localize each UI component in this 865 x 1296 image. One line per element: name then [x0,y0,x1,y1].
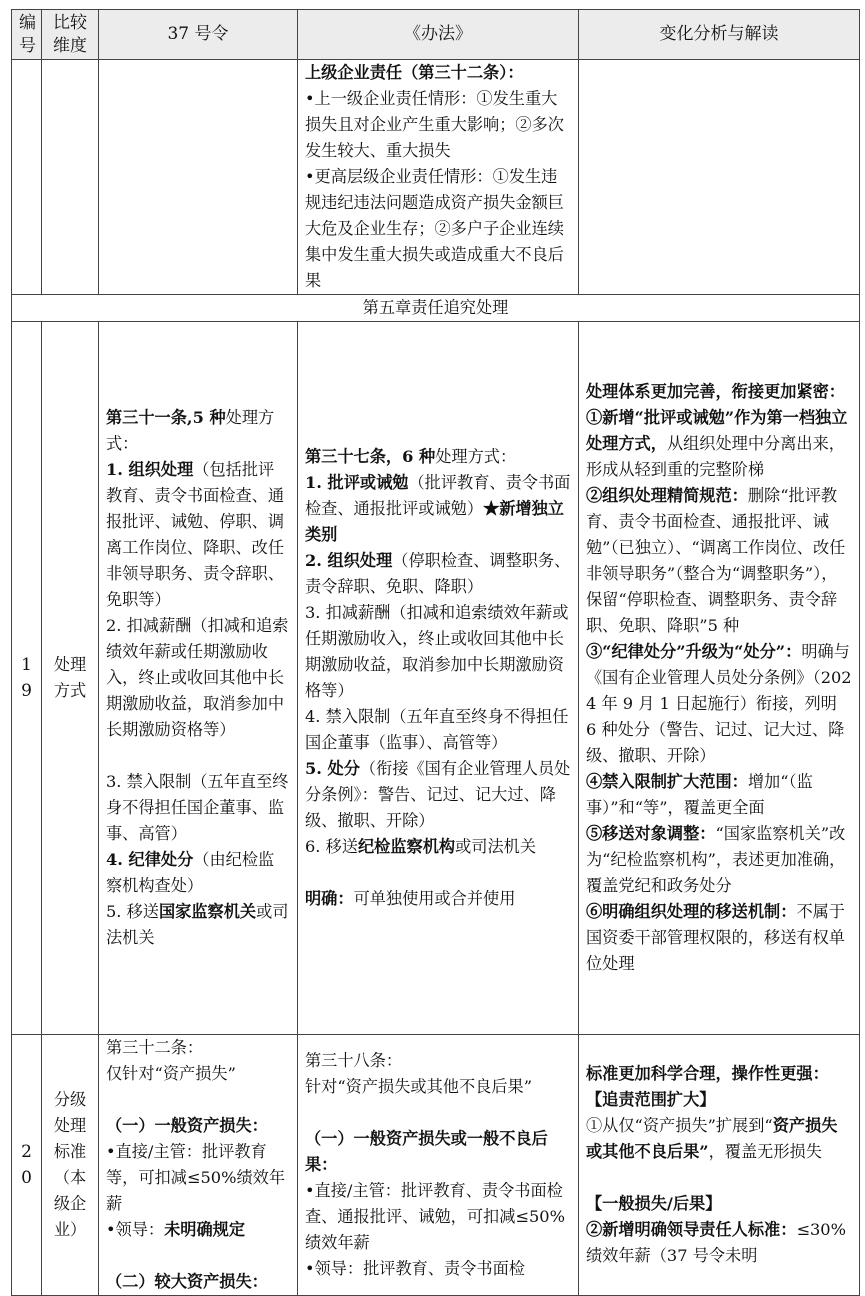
item-emphasis: 国家监察机关 [159,902,256,921]
order37-item-5: 5. 移送国家监察机关或司法机关 [106,899,290,951]
chapter-title: 第五章责任追究处理 [12,295,860,322]
analysis-point-3: ③“纪律处分”升级为“处分”：明确与《国有企业管理人员处分条例》（2024 年 … [586,639,852,769]
order37-bullet-direct: •直接/主管：批评教育等，可扣减≤50%绩效年薪 [106,1139,290,1217]
cell-measures: 第三十七条，6 种处理方式： 1. 批评或诫勉（批评教育、责令书面检查、通报批评… [298,322,579,1035]
point-suffix: ，覆盖无形损失 [709,1142,822,1161]
analysis-point-2: ②组织处理精简规范：删除“批评教育、责令书面检查、通报批评、诫勉”（已独立）、“… [586,483,852,639]
item-prefix: 6. 移送 [305,837,358,856]
cell-dimension: 分级处理标准（本级企业） [42,1035,99,1282]
analysis-point-2: ②新增明确领导责任人标准：≤30%绩效年薪（37 号令未明 [586,1217,852,1269]
order37-item-4: 4. 纪律处分（由纪检监察机构查处） [106,847,290,899]
measures-item-2: 2. 组织处理（停职检查、调整职务、责令辞职、免职、降职） [305,548,571,600]
point-heading: ②新增明确领导责任人标准： [586,1220,796,1239]
item-heading: 4. 纪律处分 [106,850,193,869]
order37-item-3: 3. 禁入限制（五年直至终身不得担任国企董事、监事、高管） [106,769,290,847]
cell-order37: 第三十一条,5 种处理方式： 1. 组织处理（包括批评教育、责令书面检查、通报批… [99,322,298,1035]
order37-item-1: 1. 组织处理（包括批评教育、责令书面检查、通报批评、诫勉、停职、调离工作岗位、… [106,457,290,613]
cell-order37 [99,60,298,295]
cell-analysis [579,60,860,295]
analysis-tag-scope: 【追责范围扩大】 [586,1087,852,1113]
spacer [586,1165,852,1191]
item-heading: 1. 组织处理 [106,460,193,479]
note-heading: 明确： [305,889,354,908]
item-suffix: 或司法机关 [455,837,536,856]
measures-intro: 第三十七条，6 种处理方式： [305,444,571,470]
order37-section-2: （二）较大资产损失： [106,1269,290,1281]
cell-analysis: 处理体系更加完善，衔接更加紧密： ①新增“批评或诫勉”作为第一档独立处理方式，从… [579,322,860,1035]
header-order37: 37 号令 [99,10,298,60]
header-analysis: 变化分析与解读 [579,10,860,60]
table-row-19: 19 处理方式 第三十一条,5 种处理方式： 1. 组织处理（包括批评教育、责令… [12,322,860,1035]
spacer [305,1100,571,1126]
item-heading: 5. 处分 [305,759,360,778]
header-measures: 《办法》 [298,10,579,60]
cell-measures: 上级企业责任（第三十二条）： •上一级企业责任情形：①发生重大损失且对企业产生重… [298,60,579,295]
analysis-summary: 处理体系更加完善，衔接更加紧密： [586,379,852,405]
order37-article: 第三十二条： [106,1035,290,1061]
analysis-point-6: ⑥明确组织处理的移送机制：不属于国资委干部管理权限的，移送有权单位处理 [586,899,852,977]
item-prefix: 5. 移送 [106,902,159,921]
analysis-point-5: ⑤移送对象调整：“国家监察机关”改为“纪检监察机构”，表述更加准确，覆盖党纪和政… [586,821,852,899]
measures-item-6: 6. 移送纪检监察机构或司法机关 [305,834,571,860]
cell-dimension: 处理方式 [42,322,99,1035]
spacer [305,860,571,886]
measures-scope: 针对“资产损失或其他不良后果” [305,1074,571,1100]
order37-section-1: （一）一般资产损失： [106,1113,290,1139]
table-row-continued: 上级企业责任（第三十二条）： •上一级企业责任情形：①发生重大损失且对企业产生重… [12,60,860,295]
measures-article: 第三十八条： [305,1048,571,1074]
cell-number: 19 [12,322,42,1035]
measures-bullet-leader: •领导：批评教育、责令书面检 [305,1256,571,1281]
superior-liability-item: •更高层级企业责任情形：①发生违规违纪违法问题造成资产损失金额巨大危及企业生存；… [305,164,571,294]
point-heading: ⑤移送对象调整： [586,824,716,843]
cell-analysis: 标准更加科学合理，操作性更强： 【追责范围扩大】 ①从仅“资产损失”扩展到“资产… [579,1035,860,1282]
order37-item-2: 2. 扣减薪酬（扣减和追索绩效年薪或任期激励收入，终止或收回其他中长期激励收益，… [106,613,290,743]
order37-bullet-leader: •领导：未明确规定 [106,1217,290,1243]
spacer [106,1087,290,1113]
analysis-point-1: ①从仅“资产损失”扩展到“资产损失或其他不良后果”，覆盖无形损失 [586,1113,852,1165]
note-body: 可单独使用或合并使用 [354,889,516,908]
item-body: （包括批评教育、责令书面检查、通报批评、诫勉、停职、调离工作岗位、降职、改任非领… [106,460,284,609]
comparison-table: 编号 比较维度 37 号令 《办法》 变化分析与解读 上级企业责任（第三十二条）… [11,9,860,1281]
measures-item-4: 4. 禁入限制（五年直至终身不得担任国企董事（监事）、高管等） [305,704,571,756]
cell-dimension [42,60,99,295]
order37-intro: 第三十一条,5 种处理方式： [106,405,290,457]
point-heading: ⑥明确组织处理的移送机制： [586,902,796,921]
measures-item-5: 5. 处分（衔接《国有企业管理人员处分条例》：警告、记过、记大过、降级、撤职、开… [305,756,571,834]
point-heading: ③“纪律处分”升级为“处分”： [586,642,801,661]
item-heading: 2. 组织处理 [305,551,392,570]
spacer [106,1243,290,1269]
measures-article: 第三十七条，6 种 [305,447,435,466]
analysis-summary: 标准更加科学合理，操作性更强： [586,1061,852,1087]
superior-liability-item: •上一级企业责任情形：①发生重大损失且对企业产生重大影响；②多次发生较大、重大损… [305,86,571,164]
chapter-row: 第五章责任追究处理 [12,295,860,322]
order37-scope: 仅针对“资产损失” [106,1061,290,1087]
analysis-tag-general: 【一般损失/后果】 [586,1191,852,1217]
analysis-point-4: ④禁入限制扩大范围：增加“（监事）”和“等”，覆盖更全面 [586,769,852,821]
cell-number [12,60,42,295]
point-heading: ④禁入限制扩大范围： [586,772,748,791]
item-heading: 1. 批评或诫勉 [305,473,408,492]
point-prefix: ①从仅“资产损失”扩展到“ [586,1116,773,1135]
cell-number: 20 [12,1035,42,1282]
order37-article: 第三十一条,5 种 [106,408,226,427]
measures-intro-text: 处理方式： [435,447,516,466]
measures-bullet-direct: •直接/主管：批评教育、责令书面检查、通报批评、诫勉，可扣减≤50%绩效年薪 [305,1178,571,1256]
cell-measures: 第三十八条： 针对“资产损失或其他不良后果” （一）一般资产损失或一般不良后果：… [298,1035,579,1282]
cell-order37: 第三十二条： 仅针对“资产损失” （一）一般资产损失： •直接/主管：批评教育等… [99,1035,298,1282]
superior-liability-title: 上级企业责任（第三十二条）： [305,60,571,86]
spacer [106,743,290,769]
item-emphasis: 纪检监察机构 [358,837,455,856]
analysis-point-1: ①新增“批评或诫勉”作为第一档独立处理方式，从组织处理中分离出来，形成从轻到重的… [586,405,852,483]
measures-item-3: 3. 扣减薪酬（扣减和追索绩效年薪或任期激励收入，终止或收回其他中长期激励收益，… [305,600,571,704]
point-heading: ②组织处理精简规范： [586,486,748,505]
header-dimension: 比较维度 [42,10,99,60]
measures-item-1: 1. 批评或诫勉（批评教育、责令书面检查、通报批评或诫勉）★新增独立类别 [305,470,571,548]
measures-note: 明确：可单独使用或合并使用 [305,886,571,912]
header-row: 编号 比较维度 37 号令 《办法》 变化分析与解读 [12,10,860,60]
bullet-label: •领导： [106,1220,164,1239]
bullet-value: 未明确规定 [164,1220,245,1239]
header-number: 编号 [12,10,42,60]
table-row-20: 20 分级处理标准（本级企业） 第三十二条： 仅针对“资产损失” （一）一般资产… [12,1035,860,1282]
point-body: 删除“批评教育、责令书面检查、通报批评、诫勉”（已独立）、“调离工作岗位、改任非… [586,486,845,635]
measures-section-1: （一）一般资产损失或一般不良后果： [305,1126,571,1178]
